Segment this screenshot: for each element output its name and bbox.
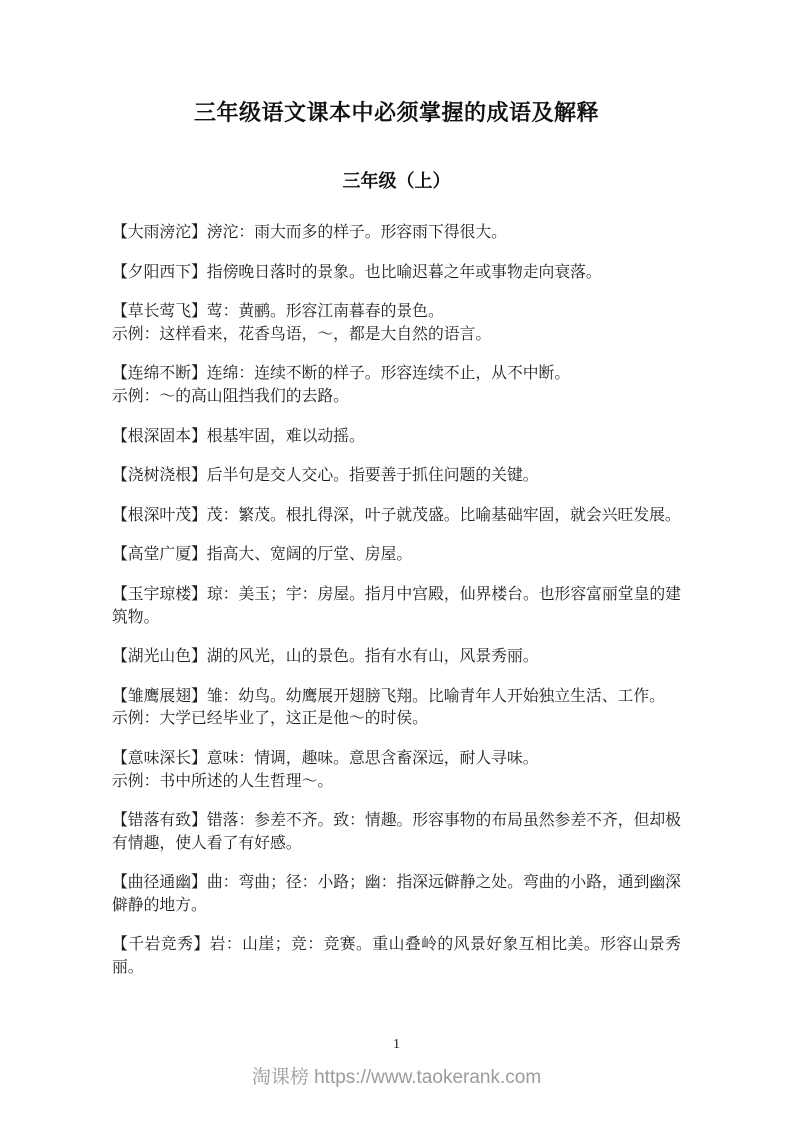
- idiom-term: 【湖光山色】: [112, 648, 207, 665]
- idiom-definition: 茂：繁茂。根扎得深，叶子就茂盛。比喻基础牢固，就会兴旺发展。: [207, 507, 681, 524]
- idiom-entry: 【曲径通幽】曲：弯曲；径：小路；幽：指深远僻静之处。弯曲的小路，通到幽深僻静的地…: [112, 872, 681, 917]
- idiom-term: 【草长莺飞】: [112, 303, 207, 320]
- idiom-term: 【根深叶茂】: [112, 507, 207, 524]
- idiom-entry: 【大雨滂沱】滂沱：雨大而多的样子。形容雨下得很大。: [112, 222, 681, 245]
- idiom-term: 【千岩竞秀】: [112, 936, 210, 953]
- idiom-entry: 【高堂广厦】指高大、宽阔的厅堂、房屋。: [112, 544, 681, 567]
- idiom-definition: 意味：情调，趣味。意思含畜深远，耐人寻味。: [207, 750, 539, 767]
- idiom-definition: 湖的风光，山的景色。指有水有山，风景秀丽。: [207, 648, 539, 665]
- idiom-example: 示例：大学已经毕业了，这正是他～的时侯。: [112, 708, 681, 731]
- idiom-definition: 连绵：连续不断的样子。形容连续不止，从不中断。: [207, 365, 570, 382]
- idiom-term: 【根深固本】: [112, 428, 207, 445]
- idiom-term: 【意味深长】: [112, 750, 207, 767]
- section-heading: 三年级（上）: [0, 126, 793, 192]
- idiom-entry: 【连绵不断】连绵：连续不断的样子。形容连续不止，从不中断。示例：～的高山阻挡我们…: [112, 363, 681, 408]
- idiom-entry: 【根深固本】根基牢固，难以动摇。: [112, 426, 681, 449]
- idiom-term: 【雏鹰展翅】: [112, 688, 207, 705]
- idiom-term: 【大雨滂沱】: [112, 224, 207, 241]
- page-number: 1: [0, 1036, 793, 1054]
- idiom-definition: 莺：黄鹂。形容江南暮春的景色。: [207, 303, 444, 320]
- idiom-definition: 指傍晚日落时的景象。也比喻迟暮之年或事物走向衰落。: [207, 264, 602, 281]
- idiom-entry: 【意味深长】意味：情调，趣味。意思含畜深远，耐人寻味。示例：书中所述的人生哲理～…: [112, 748, 681, 793]
- idiom-example: 示例：～的高山阻挡我们的去路。: [112, 386, 681, 409]
- idiom-term: 【玉宇琼楼】: [112, 586, 207, 603]
- idiom-definition: 根基牢固，难以动摇。: [207, 428, 365, 445]
- document-title: 三年级语文课本中必须掌握的成语及解释: [0, 0, 793, 126]
- idiom-entry: 【浇树浇根】后半句是交人交心。指要善于抓住问题的关键。: [112, 465, 681, 488]
- idiom-term: 【曲径通幽】: [112, 874, 207, 891]
- idiom-entry: 【湖光山色】湖的风光，山的景色。指有水有山，风景秀丽。: [112, 646, 681, 669]
- idiom-definition: 滂沱：雨大而多的样子。形容雨下得很大。: [207, 224, 507, 241]
- idiom-entry: 【玉宇琼楼】琼：美玉；宇：房屋。指月中宫殿，仙界楼台。也形容富丽堂皇的建筑物。: [112, 584, 681, 629]
- idiom-example: 示例：书中所述的人生哲理～。: [112, 771, 681, 794]
- idiom-term: 【夕阳西下】: [112, 264, 207, 281]
- idiom-entry: 【雏鹰展翅】雏：幼鸟。幼鹰展开翅膀飞翔。比喻青年人开始独立生活、工作。示例：大学…: [112, 686, 681, 731]
- idiom-term: 【浇树浇根】: [112, 467, 207, 484]
- idiom-term: 【高堂广厦】: [112, 546, 207, 563]
- idiom-definition: 指高大、宽阔的厅堂、房屋。: [207, 546, 412, 563]
- idiom-definition: 后半句是交人交心。指要善于抓住问题的关键。: [207, 467, 539, 484]
- idiom-entry: 【草长莺飞】莺：黄鹂。形容江南暮春的景色。示例：这样看来，花香鸟语，～，都是大自…: [112, 301, 681, 346]
- idiom-example: 示例：这样看来，花香鸟语，～，都是大自然的语言。: [112, 324, 681, 347]
- idiom-term: 【错落有致】: [112, 812, 207, 829]
- idiom-entry: 【千岩竞秀】岩：山崖；竞：竞赛。重山叠岭的风景好象互相比美。形容山景秀丽。: [112, 934, 681, 979]
- idiom-definition: 雏：幼鸟。幼鹰展开翅膀飞翔。比喻青年人开始独立生活、工作。: [207, 688, 665, 705]
- idiom-list: 【大雨滂沱】滂沱：雨大而多的样子。形容雨下得很大。 【夕阳西下】指傍晚日落时的景…: [112, 222, 681, 980]
- footer-watermark: 淘课榜 https://www.taokerank.com: [0, 1066, 793, 1090]
- idiom-entry: 【错落有致】错落：参差不齐。致：情趣。形容事物的布局虽然参差不齐，但却极有情趣，…: [112, 810, 681, 855]
- idiom-term: 【连绵不断】: [112, 365, 207, 382]
- document-page: 三年级语文课本中必须掌握的成语及解释 三年级（上） 【大雨滂沱】滂沱：雨大而多的…: [0, 0, 793, 1122]
- idiom-entry: 【夕阳西下】指傍晚日落时的景象。也比喻迟暮之年或事物走向衰落。: [112, 262, 681, 285]
- idiom-entry: 【根深叶茂】茂：繁茂。根扎得深，叶子就茂盛。比喻基础牢固，就会兴旺发展。: [112, 505, 681, 528]
